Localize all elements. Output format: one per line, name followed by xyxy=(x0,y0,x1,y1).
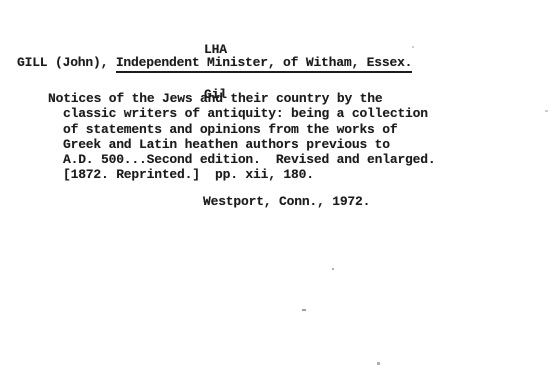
scan-speck xyxy=(332,268,334,270)
imprint-line: Westport, Conn., 1972. xyxy=(203,194,370,209)
scan-speck xyxy=(302,309,306,311)
description-line: [1872. Reprinted.] pp. xii, 180. xyxy=(63,167,435,182)
description-line: of statements and opinions from the work… xyxy=(63,122,435,137)
description-line: A.D. 500...Second edition. Revised and e… xyxy=(63,152,435,167)
description-line: classic writers of antiquity: being a co… xyxy=(63,106,435,121)
author-heading: GILL (John), Independent Minister, of Wi… xyxy=(17,55,412,70)
description-line: Notices of the Jews and their country by… xyxy=(48,91,435,106)
scan-speck xyxy=(545,110,548,112)
description-line: Greek and Latin heathen authors previous… xyxy=(63,137,435,152)
description-block: Notices of the Jews and their country by… xyxy=(48,91,435,183)
author-descriptor-underlined: Independent Minister, of Witham, Essex. xyxy=(116,55,412,73)
author-name: GILL (John), xyxy=(17,55,116,70)
catalog-card: LHA Gil GILL (John), Independent Ministe… xyxy=(0,0,550,374)
scan-speck xyxy=(377,362,380,365)
scan-speck xyxy=(412,46,414,48)
